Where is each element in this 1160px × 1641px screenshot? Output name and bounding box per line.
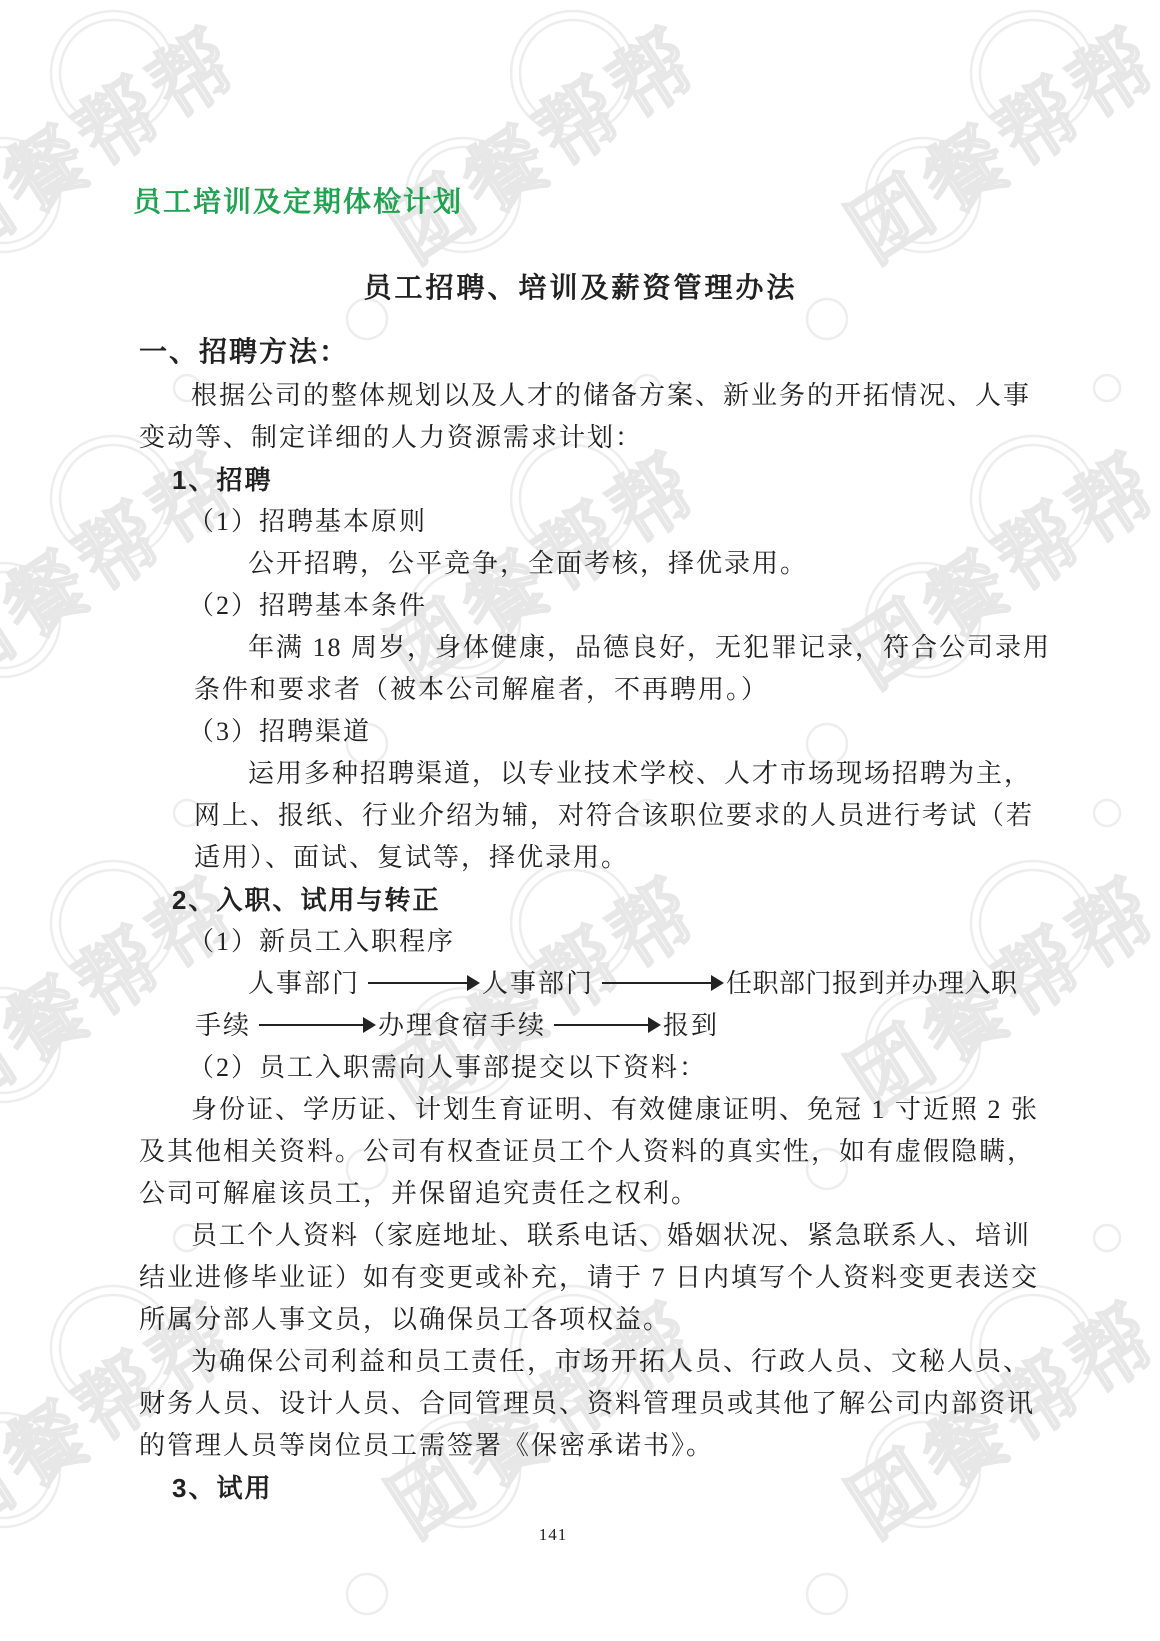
body-line: 条件和要求者（被本公司解雇者，不再聘用。） (139, 669, 1069, 711)
body-line: 的管理人员等岗位员工需签署《保密承诺书》。 (139, 1425, 1069, 1467)
body-line: 网上、报纸、行业介绍为辅，对符合该职位要求的人员进行考试（若 (139, 795, 1069, 837)
flow-arrow (602, 982, 712, 984)
flow-step: 人事部门 (248, 969, 360, 998)
body-line: 员工个人资料（家庭地址、联系电话、婚姻状况、紧急联系人、培训 (139, 1215, 1069, 1257)
flow-step: 任职部门报到并办理入职 (726, 969, 1018, 998)
flow-arrow (259, 1024, 364, 1026)
flow-arrow (368, 982, 468, 984)
body-line: 适用）、面试、复试等，择优录用。 (139, 837, 1069, 879)
body-line: 年满 18 周岁，身体健康，品德良好，无犯罪记录，符合公司录用 (139, 627, 1069, 669)
page-number: 141 (139, 1525, 967, 1545)
body-line: 公司可解雇该员工，并保留追究责任之权利。 (139, 1173, 1069, 1215)
flow-step: 报到 (663, 1011, 719, 1040)
document-body: 员工培训及定期体检计划 员工招聘、培训及薪资管理办法 一、招聘方法： 根据公司的… (139, 185, 1069, 1545)
body-line: （1）新员工入职程序 (139, 921, 1069, 963)
body-line: （2）员工入职需向人事部提交以下资料： (139, 1047, 1069, 1089)
document-page: 团餐帮帮 员工培训及定期体检计划 员工招聘、培训及薪资管理办法 一、招聘方法： … (0, 0, 1160, 1641)
flow-line-1: 人事部门人事部门任职部门报到并办理入职 (139, 963, 1069, 1005)
flow-arrow (554, 1024, 649, 1026)
flow-line-2: 手续办理食宿手续报到 (139, 1005, 1069, 1047)
page-heading: 员工培训及定期体检计划 (133, 185, 1069, 219)
body-line: 运用多种招聘渠道，以专业技术学校、人才市场现场招聘为主， (139, 753, 1069, 795)
body-line: 所属分部人事文员，以确保员工各项权益。 (139, 1299, 1069, 1341)
list-item-heading: 3、试用 (139, 1467, 1069, 1509)
body-line: 及其他相关资料。公司有权查证员工个人资料的真实性，如有虚假隐瞒， (139, 1131, 1069, 1173)
flow-step: 人事部门 (482, 969, 594, 998)
body-line: 身份证、学历证、计划生育证明、有效健康证明、免冠 1 寸近照 2 张 (139, 1089, 1069, 1131)
body-line: 公开招聘，公平竞争，全面考核，择优录用。 (139, 543, 1069, 585)
flow-step: 手续 (195, 1011, 251, 1040)
body-line: 为确保公司利益和员工责任，市场开拓人员、行政人员、文秘人员、 (139, 1341, 1069, 1383)
body-line: （2）招聘基本条件 (139, 585, 1069, 627)
section-heading: 一、招聘方法： (139, 329, 1069, 375)
body-line: （3）招聘渠道 (139, 711, 1069, 753)
body-line: 变动等、制定详细的人力资源需求计划： (139, 417, 1069, 459)
list-item-heading: 2、入职、试用与转正 (139, 879, 1069, 921)
body-line: 根据公司的整体规划以及人才的储备方案、新业务的开拓情况、人事 (139, 375, 1069, 417)
body-line: （1）招聘基本原则 (139, 501, 1069, 543)
body-line: 结业进修毕业证）如有变更或补充，请于 7 日内填写个人资料变更表送交 (139, 1257, 1069, 1299)
body-line: 财务人员、设计人员、合同管理员、资料管理员或其他了解公司内部资讯 (139, 1383, 1069, 1425)
flow-step: 办理食宿手续 (378, 1011, 546, 1040)
doc-title: 员工招聘、培训及薪资管理办法 (139, 271, 1022, 307)
list-item-heading: 1、招聘 (139, 459, 1069, 501)
